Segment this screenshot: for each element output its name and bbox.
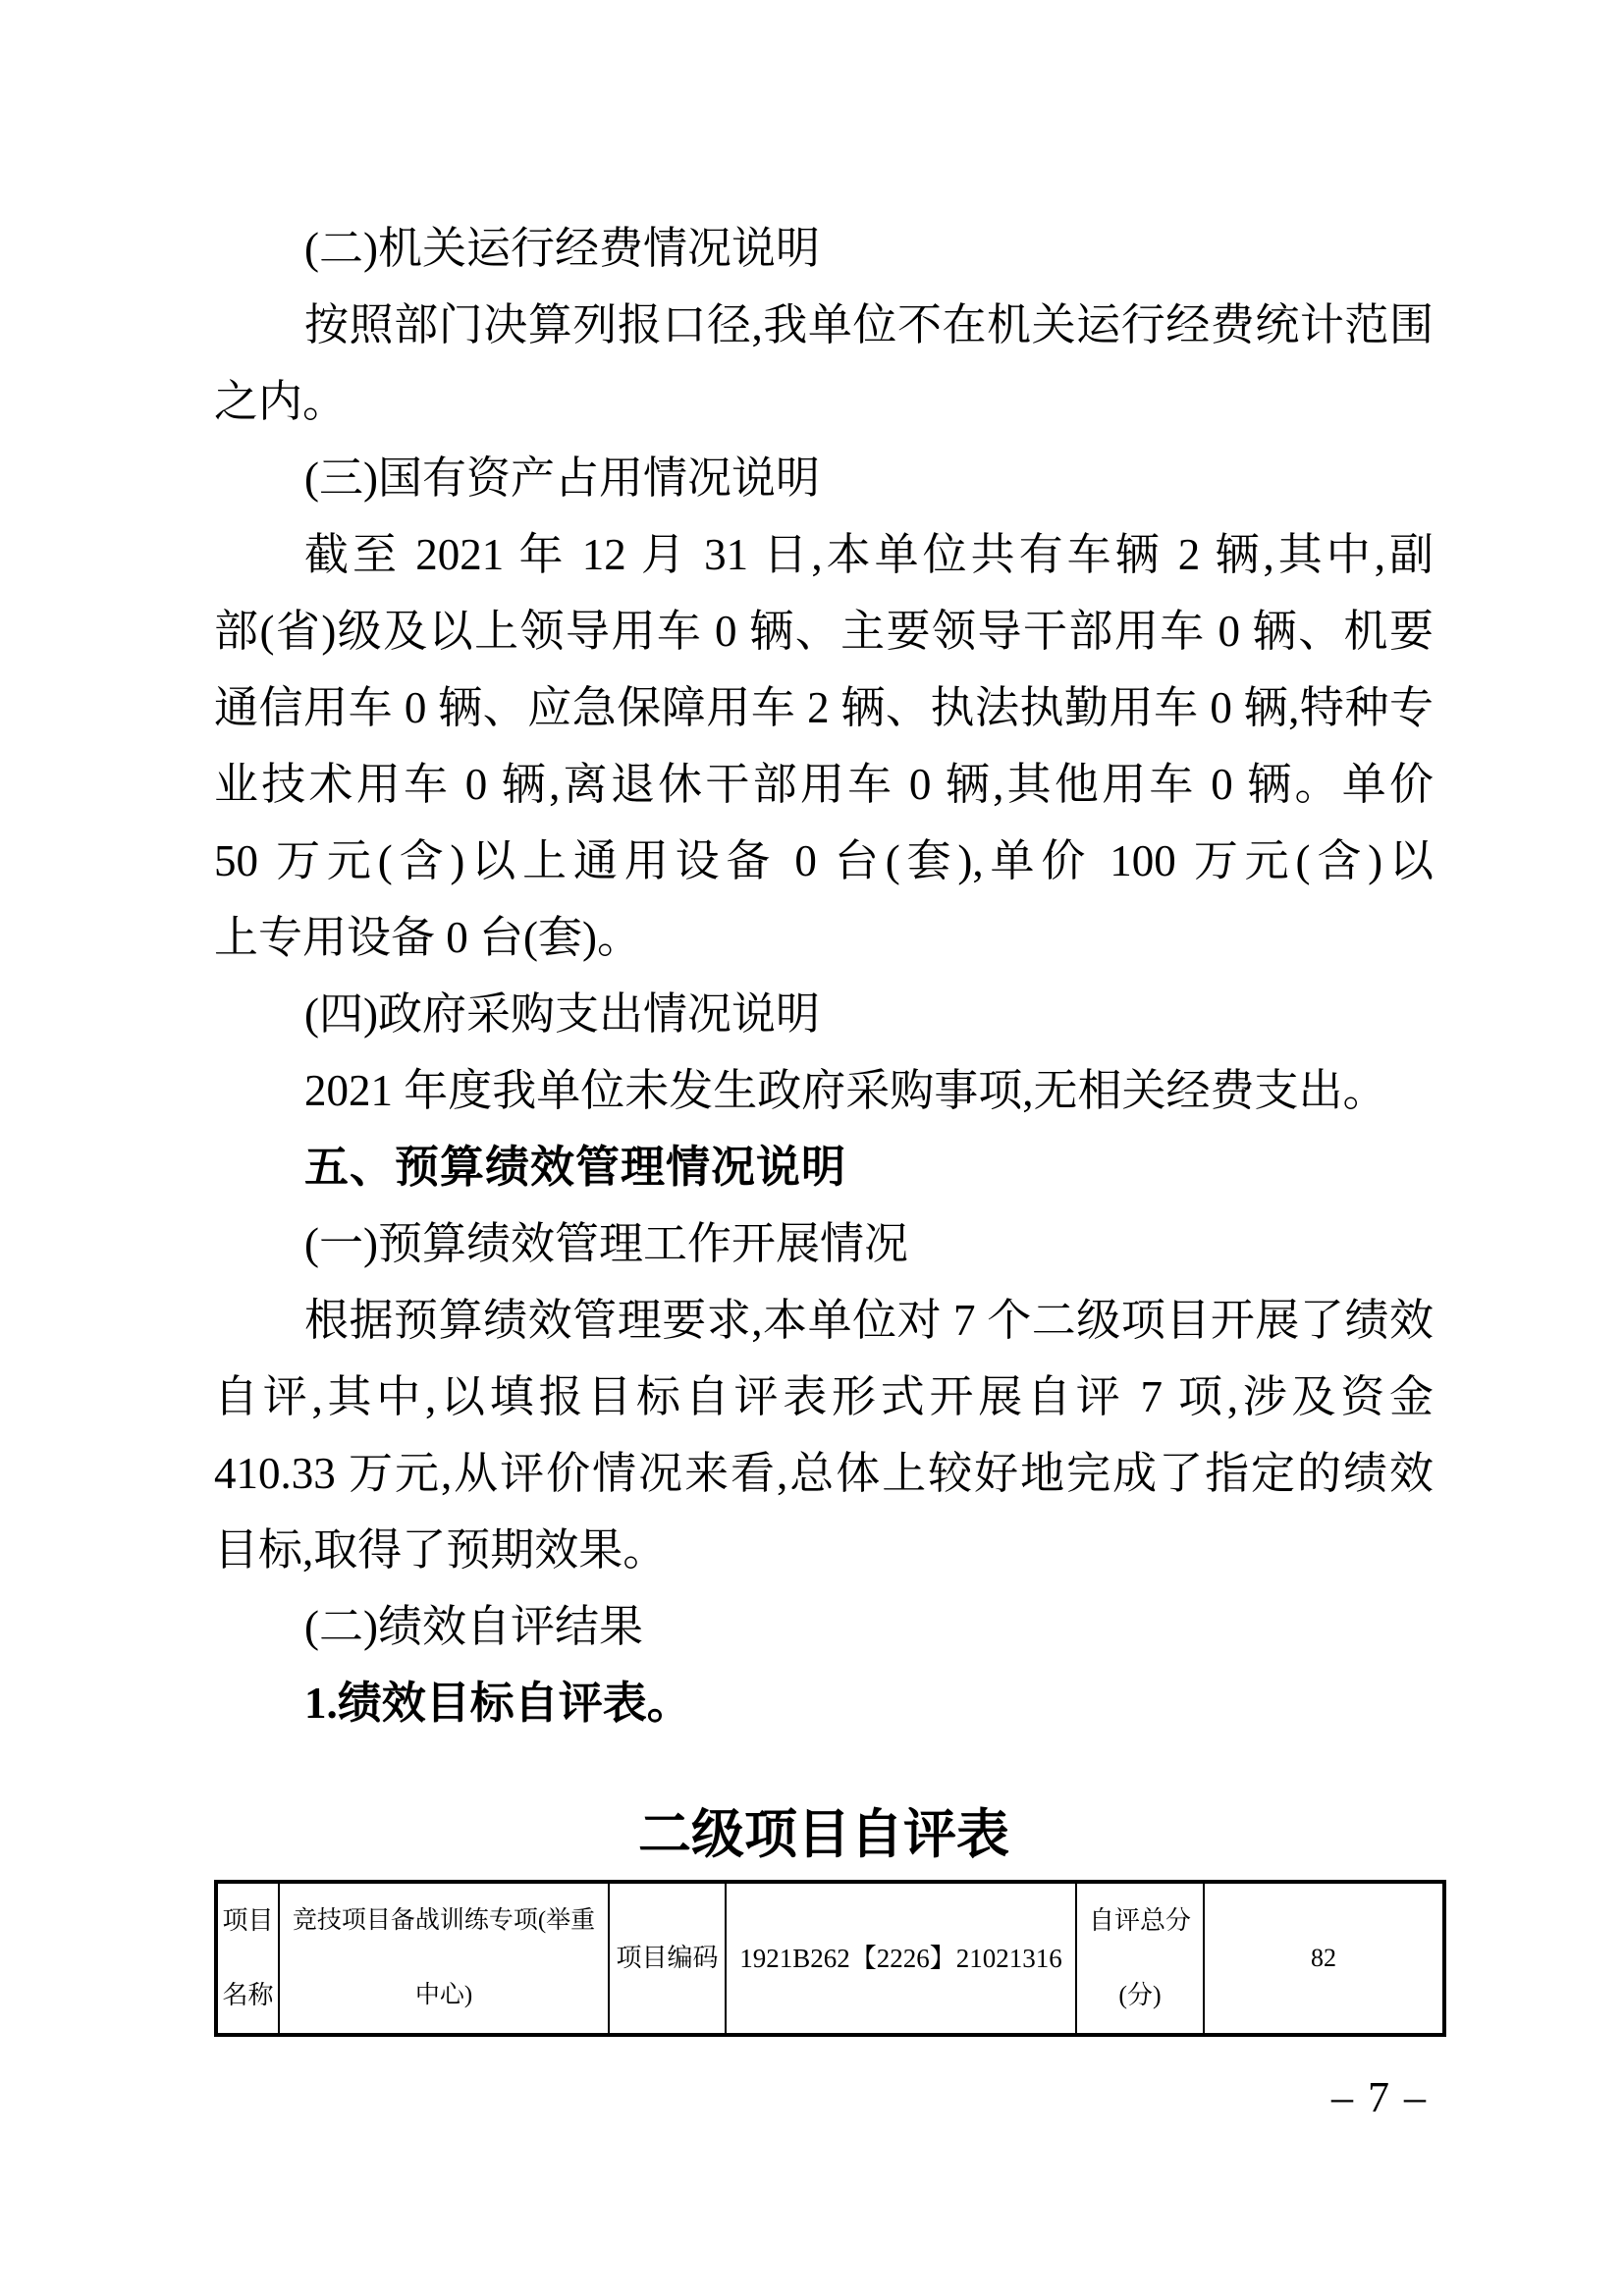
text-line: 部(省)级及以上领导用车 0 辆、主要领导干部用车 0 辆、机要 — [214, 593, 1434, 669]
subsection-heading-1: (一)预算绩效管理工作开展情况 — [214, 1205, 1434, 1282]
text-line: 之内。 — [214, 363, 1434, 440]
text-line: 410.33 万元,从评价情况来看,总体上较好地完成了指定的绩效 — [214, 1435, 1434, 1512]
document-page: (二)机关运行经费情况说明 按照部门决算列报口径,我单位不在机关运行经费统计范围… — [0, 0, 1624, 2296]
text-line: 业技术用车 0 辆,离退休干部用车 0 辆,其他用车 0 辆。单价 — [214, 746, 1434, 823]
text-line: 截至 2021 年 12 月 31 日,本单位共有车辆 2 辆,其中,副 — [214, 516, 1434, 593]
self-evaluation-table: 项目名称 竞技项目备战训练专项(举重中心) 项目编码 1921B262【2226… — [214, 1880, 1446, 2037]
subsection-heading-2: (二)机关运行经费情况说明 — [214, 210, 1434, 287]
subsection-heading-3: (三)国有资产占用情况说明 — [214, 440, 1434, 516]
project-name-label: 项目名称 — [216, 1882, 279, 2035]
table-row: 项目名称 竞技项目备战训练专项(举重中心) 项目编码 1921B262【2226… — [216, 1882, 1444, 2035]
table-title: 二级项目自评表 — [214, 1802, 1434, 1867]
score-value: 82 — [1204, 1882, 1444, 2035]
subsection-heading-4: (四)政府采购支出情况说明 — [214, 976, 1434, 1052]
project-code-value: 1921B262【2226】21021316 — [726, 1882, 1076, 2035]
text-line: 2021 年度我单位未发生政府采购事项,无相关经费支出。 — [214, 1052, 1434, 1129]
page-number: – 7 – — [1331, 2073, 1428, 2122]
text-line: 根据预算绩效管理要求,本单位对 7 个二级项目开展了绩效 — [214, 1282, 1434, 1359]
document-body: (二)机关运行经费情况说明 按照部门决算列报口径,我单位不在机关运行经费统计范围… — [214, 210, 1434, 1741]
project-name-value: 竞技项目备战训练专项(举重中心) — [279, 1882, 609, 2035]
text-line: 通信用车 0 辆、应急保障用车 2 辆、执法执勤用车 0 辆,特种专 — [214, 669, 1434, 746]
item-heading-1: 1.绩效目标自评表。 — [214, 1665, 1434, 1741]
section-heading-5: 五、预算绩效管理情况说明 — [214, 1129, 1434, 1205]
text-line: 按照部门决算列报口径,我单位不在机关运行经费统计范围 — [214, 287, 1434, 363]
score-label: 自评总分(分) — [1076, 1882, 1204, 2035]
text-line: 上专用设备 0 台(套)。 — [214, 899, 1434, 976]
project-code-label: 项目编码 — [609, 1882, 726, 2035]
subsection-heading-self-eval: (二)绩效自评结果 — [214, 1588, 1434, 1665]
text-line: 目标,取得了预期效果。 — [214, 1512, 1434, 1588]
text-line: 自评,其中,以填报目标自评表形式开展自评 7 项,涉及资金 — [214, 1359, 1434, 1435]
text-line: 50 万元(含)以上通用设备 0 台(套),单价 100 万元(含)以 — [214, 823, 1434, 899]
